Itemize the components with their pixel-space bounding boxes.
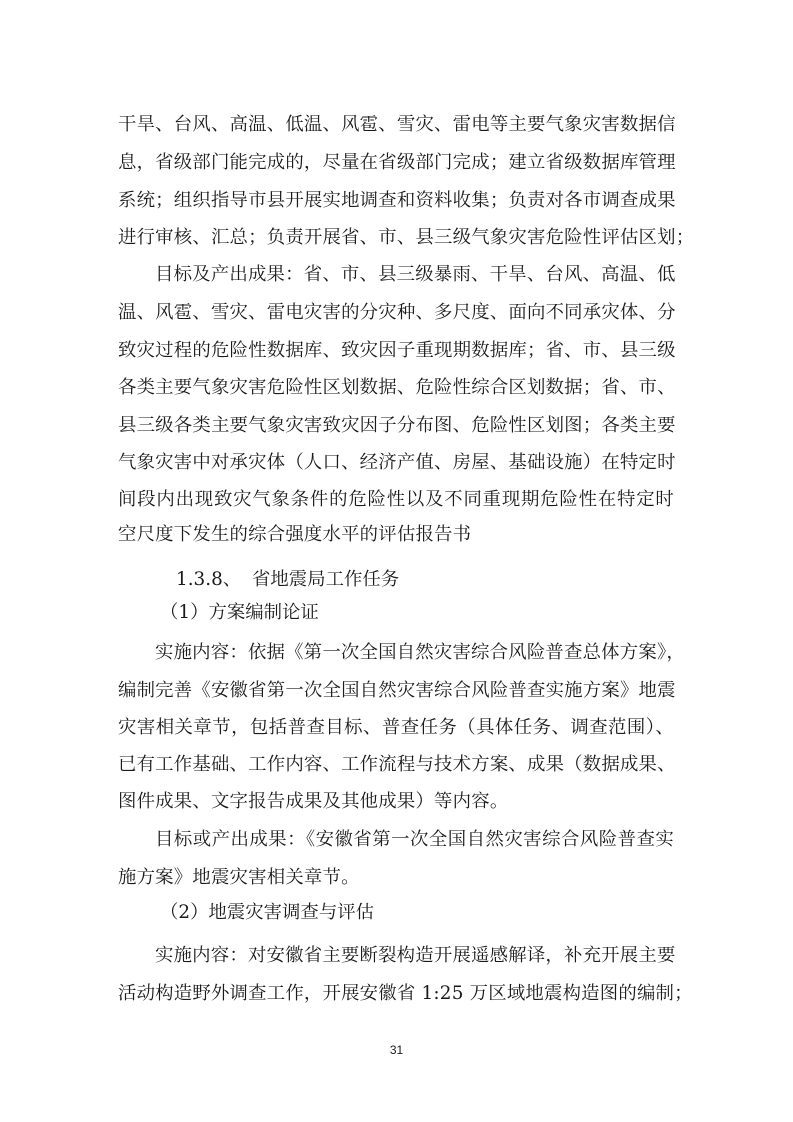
section-title: 省地震局工作任务	[252, 568, 399, 592]
body-text-line: 干旱、台风、高温、低温、风雹、雪灾、雷电等主要气象灾害数据信	[118, 113, 674, 137]
body-text-line: 施方案》地震灾害相关章节。	[118, 866, 674, 890]
body-text-line: 图件成果、文字报告成果及其他成果）等内容。	[118, 790, 674, 814]
body-text-line: 实施内容：对安徽省主要断裂构造开展遥感解译，补充开展主要	[155, 944, 674, 968]
document-page: 干旱、台风、高温、低温、风雹、雪灾、雷电等主要气象灾害数据信 息，省级部门能完成…	[0, 0, 793, 1122]
body-text-line: 县三级各类主要气象灾害致灾因子分布图、危险性区划图；各类主要	[118, 414, 674, 438]
body-text-line: 目标或产出成果：《安徽省第一次全国自然灾害综合风险普查实	[155, 828, 674, 852]
body-text-line: 编制完善《安徽省第一次全国自然灾害综合风险普查实施方案》地震	[118, 679, 674, 703]
body-text-line: 已有工作基础、工作内容、工作流程与技术方案、成果（数据成果、	[118, 753, 674, 777]
body-text-line: 实施内容：依据《第一次全国自然灾害综合风险普查总体方案》，	[155, 641, 674, 665]
body-text-line: 活动构造野外调查工作，开展安徽省 1:25 万区域地震构造图的编制；	[118, 982, 674, 1006]
body-text-line: 目标及产出成果：省、市、县三级暴雨、干旱、台风、高温、低	[155, 263, 674, 287]
body-text-line: 气象灾害中对承灾体（人口、经济产值、房屋、基础设施）在特定时	[118, 451, 674, 475]
section-number: 1.3.8、	[176, 568, 241, 592]
body-text-line: 间段内出现致灾气象条件的危险性以及不同重现期危险性在特定时	[118, 488, 674, 512]
body-text-line: 进行审核、汇总；负责开展省、市、县三级气象灾害危险性评估区划；	[118, 226, 674, 250]
subsection-title: （1）方案编制论证	[160, 601, 319, 625]
body-text-line: 空尺度下发生的综合强度水平的评估报告书	[118, 523, 674, 547]
body-text-line: 温、风雹、雪灾、雷电灾害的分灾种、多尺度、面向不同承灾体、分	[118, 301, 674, 325]
body-text-line: 致灾过程的危险性数据库、致灾因子重现期数据库；省、市、县三级	[118, 339, 674, 363]
body-text-line: 息，省级部门能完成的，尽量在省级部门完成；建立省级数据库管理	[118, 151, 674, 175]
body-text-line: 各类主要气象灾害危险性区划数据、危险性综合区划数据；省、市、	[118, 376, 674, 400]
page-number: 31	[0, 1043, 793, 1057]
body-text-line: 灾害相关章节，包括普查目标、普查任务（具体任务、调查范围）、	[118, 716, 674, 740]
body-text-line: 系统；组织指导市县开展实地调查和资料收集；负责对各市调查成果	[118, 189, 674, 213]
subsection-title: （2）地震灾害调查与评估	[160, 901, 374, 925]
